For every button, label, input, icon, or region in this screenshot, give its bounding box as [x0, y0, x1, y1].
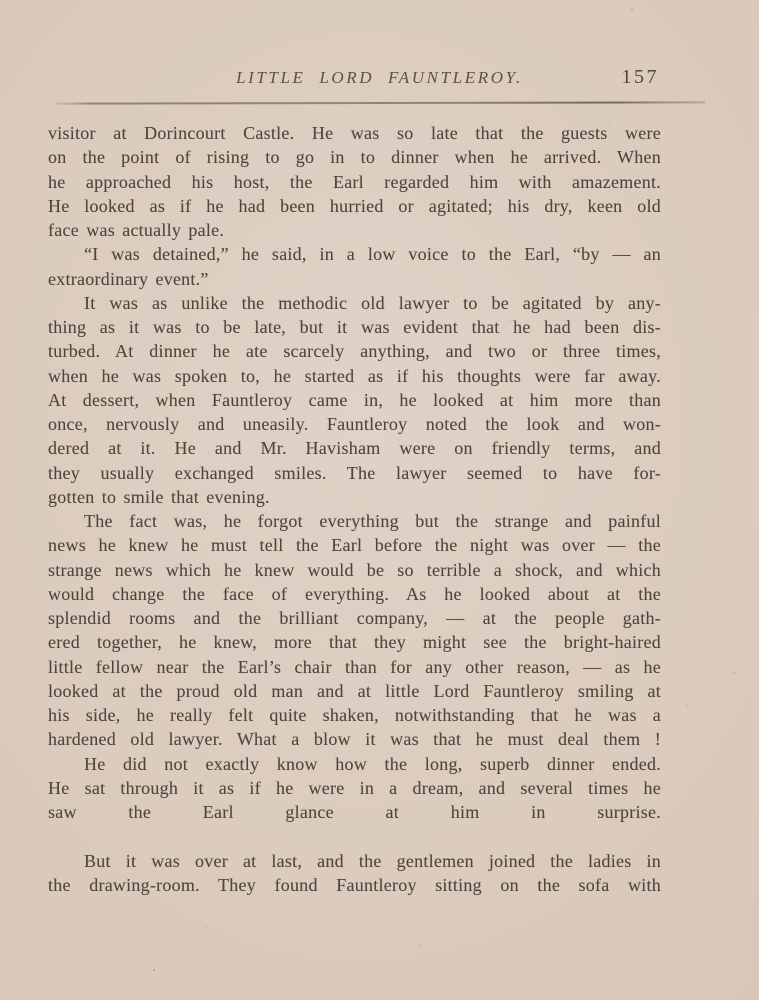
text-line: He sat through it as if he were in a dre…	[48, 776, 661, 800]
text-line: gotten to smile that evening.	[48, 485, 661, 509]
text-block: visitor at Dorincourt Castle. He was so …	[48, 121, 661, 897]
running-head: LITTLE LORD FAUNTLEROY. 157	[0, 68, 759, 94]
header-rule	[55, 101, 705, 104]
text-line: turbed. At dinner he ate scarcely anythi…	[48, 339, 661, 363]
text-line: once, nervously and uneasily. Fauntleroy…	[48, 412, 661, 436]
paragraph: It was as unlike the methodic old lawyer…	[48, 291, 661, 509]
text-line: extraordinary event.”	[48, 267, 661, 291]
text-line: face was actually pale.	[48, 218, 661, 242]
paragraph: “I was detained,” he said, in a low voic…	[48, 242, 661, 291]
paragraph: But it was over at last, and the gentlem…	[48, 849, 661, 898]
text-line: He looked as if he had been hurried or a…	[48, 194, 661, 218]
text-line: It was as unlike the methodic old lawyer…	[48, 291, 661, 315]
text-line: He did not exactly know how the long, su…	[48, 752, 661, 776]
text-line: he approached his host, the Earl regarde…	[48, 170, 661, 194]
text-line: his side, he really felt quite shaken, n…	[48, 703, 661, 727]
text-line: thing as it was to be late, but it was e…	[48, 315, 661, 339]
text-line	[48, 824, 661, 848]
paragraph: visitor at Dorincourt Castle. He was so …	[48, 121, 661, 242]
text-line: when he was spoken to, he started as if …	[48, 364, 661, 388]
text-line: little fellow near the Earl’s chair than…	[48, 655, 661, 679]
text-line: ered together, he knew, more that they m…	[48, 630, 661, 654]
text-line: dered at it. He and Mr. Havisham were on…	[48, 436, 661, 460]
text-line: The fact was, he forgot everything but t…	[48, 509, 661, 533]
book-page: LITTLE LORD FAUNTLEROY. 157 visitor at D…	[0, 0, 759, 1000]
text-line: saw the Earl glance at him in surprise.	[48, 800, 661, 824]
text-line: visitor at Dorincourt Castle. He was so …	[48, 121, 661, 145]
paragraph: The fact was, he forgot everything but t…	[48, 509, 661, 752]
page-number: 157	[622, 66, 660, 89]
paragraph: He did not exactly know how the long, su…	[48, 752, 661, 849]
text-line: But it was over at last, and the gentlem…	[48, 849, 661, 873]
text-line: splendid rooms and the brilliant company…	[48, 606, 661, 630]
text-line: looked at the proud old man and at littl…	[48, 679, 661, 703]
text-line: strange news which he knew would be so t…	[48, 558, 661, 582]
text-line: At dessert, when Fauntleroy came in, he …	[48, 388, 661, 412]
text-line: would change the face of everything. As …	[48, 582, 661, 606]
text-line: news he knew he must tell the Earl befor…	[48, 533, 661, 557]
text-line: the drawing-room. They found Fauntleroy …	[48, 873, 661, 897]
text-line: on the point of rising to go in to dinne…	[48, 145, 661, 169]
text-line: hardened old lawyer. What a blow it was …	[48, 727, 661, 751]
text-line: “I was detained,” he said, in a low voic…	[48, 242, 661, 266]
text-line: they usually exchanged smiles. The lawye…	[48, 461, 661, 485]
